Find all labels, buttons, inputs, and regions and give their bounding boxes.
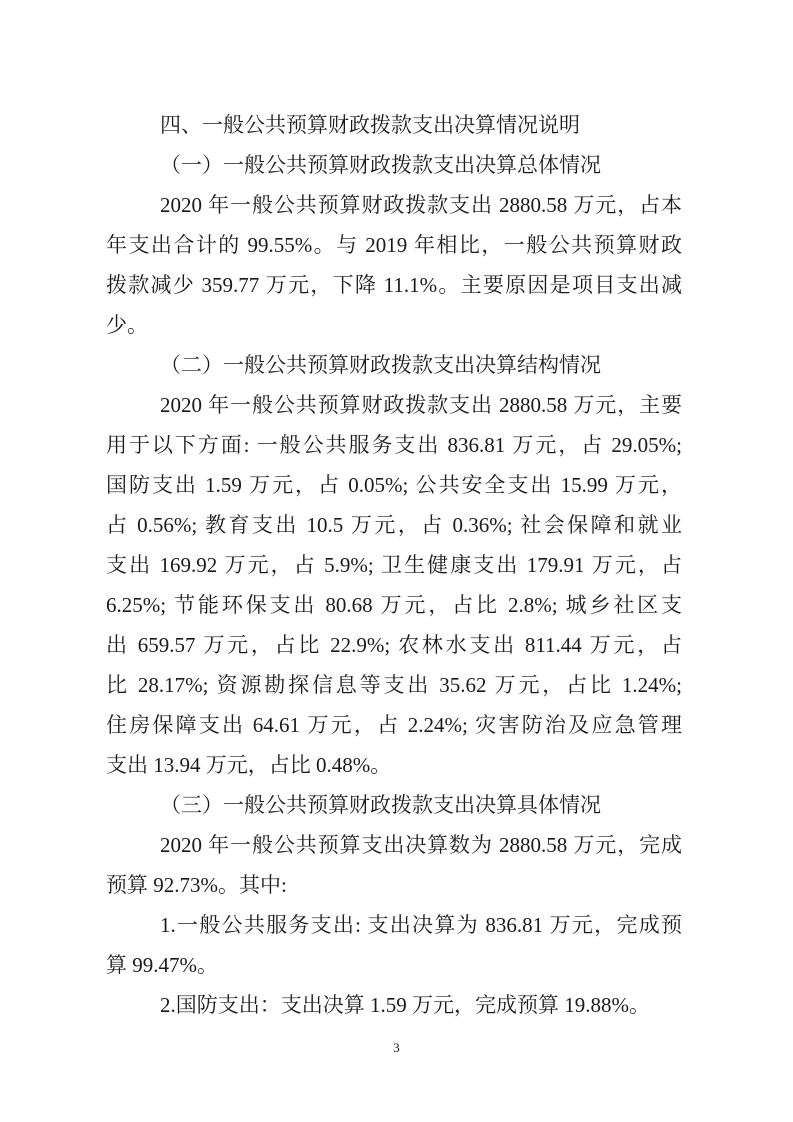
document-line: 占 0.56%; 教育支出 10.5 万元，占 0.36%; 社会保障和就业 — [106, 505, 682, 545]
document-body: 四、一般公共预算财政拨款支出决算情况说明（一）一般公共预算财政拨款支出决算总体情… — [106, 105, 682, 1025]
document-line: 国防支出 1.59 万元，占 0.05%; 公共安全支出 15.99 万元， — [106, 465, 682, 505]
document-line: 6.25%; 节能环保支出 80.68 万元，占比 2.8%; 城乡社区支 — [106, 585, 682, 625]
document-page: 四、一般公共预算财政拨款支出决算情况说明（一）一般公共预算财政拨款支出决算总体情… — [0, 0, 793, 1122]
document-line: 2020 年一般公共预算财政拨款支出 2880.58 万元，主要 — [106, 385, 682, 425]
document-line: 2020 年一般公共预算财政拨款支出 2880.58 万元，占本 — [106, 185, 682, 225]
document-line: 四、一般公共预算财政拨款支出决算情况说明 — [106, 105, 682, 145]
document-line: （二）一般公共预算财政拨款支出决算结构情况 — [106, 345, 682, 385]
document-line: 2020 年一般公共预算支出决算数为 2880.58 万元，完成 — [106, 825, 682, 865]
document-line: 比 28.17%; 资源勘探信息等支出 35.62 万元，占比 1.24%; — [106, 665, 682, 705]
document-line: 1.一般公共服务支出: 支出决算为 836.81 万元，完成预 — [106, 905, 682, 945]
page-number: 3 — [0, 1038, 793, 1058]
document-line: 预算 92.73%。其中: — [106, 865, 682, 905]
document-line: （一）一般公共预算财政拨款支出决算总体情况 — [106, 145, 682, 185]
document-line: （三）一般公共预算财政拨款支出决算具体情况 — [106, 785, 682, 825]
document-line: 支出 13.94 万元，占比 0.48%。 — [106, 745, 682, 785]
document-line: 用于以下方面: 一般公共服务支出 836.81 万元，占 29.05%; — [106, 425, 682, 465]
document-line: 算 99.47%。 — [106, 945, 682, 985]
document-line: 2.国防支出：支出决算 1.59 万元，完成预算 19.88%。 — [106, 985, 682, 1025]
document-line: 少。 — [106, 305, 682, 345]
document-line: 出 659.57 万元，占比 22.9%; 农林水支出 811.44 万元，占 — [106, 625, 682, 665]
document-line: 拨款减少 359.77 万元，下降 11.1%。主要原因是项目支出减 — [106, 265, 682, 305]
document-line: 支出 169.92 万元，占 5.9%; 卫生健康支出 179.91 万元，占 — [106, 545, 682, 585]
document-line: 年支出合计的 99.55%。与 2019 年相比，一般公共预算财政 — [106, 225, 682, 265]
document-line: 住房保障支出 64.61 万元，占 2.24%; 灾害防治及应急管理 — [106, 705, 682, 745]
